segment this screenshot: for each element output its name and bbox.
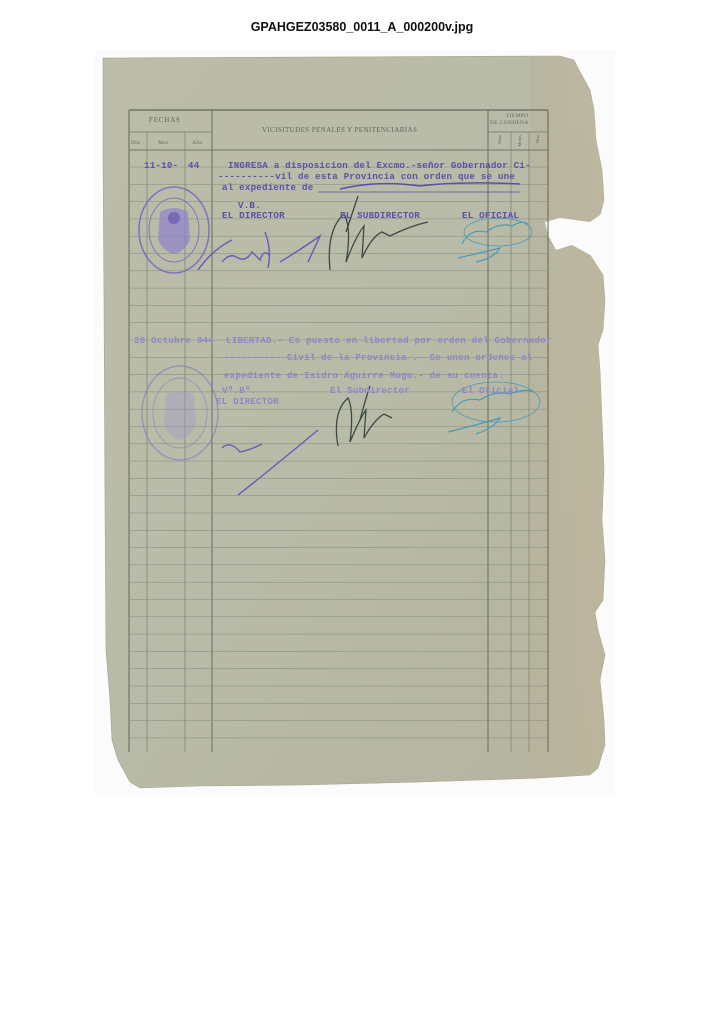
- entry-1-line-2: ----------vil de esta Provincia con orde…: [218, 171, 515, 182]
- entry-2-line-1: LIBERTAD.- Es puesto en libertad por ord…: [226, 335, 552, 346]
- entry-1-line-1: INGRESA a disposicion del Excmo.-señor G…: [228, 160, 531, 171]
- header-de-condena: DE CONDENA: [490, 120, 529, 126]
- header-vicisitudes: VICISITUDES PENALES Y PENITENCIARIAS: [262, 126, 417, 134]
- entry-2-line-2: ---------- Civil de la Provincia .- Se u…: [224, 352, 533, 363]
- entry-1-date: 11-10-: [144, 160, 178, 171]
- entry-1-oficial-label: EL OFICIAL: [462, 210, 519, 221]
- entry-2-line-3: expediente de Isidro Aguirre Mugu.- de s…: [224, 370, 504, 381]
- header-tiempo: TIEMPO: [506, 113, 528, 119]
- header-ano: Año: [192, 140, 202, 146]
- entry-2-subdirector-label: El Subdirector: [330, 385, 410, 396]
- entry-1-line-3: al expediente de: [222, 182, 313, 193]
- header-mes: Mes: [158, 140, 168, 146]
- header-fechas: FECHAS: [149, 116, 181, 124]
- header-anos: Años: [497, 135, 502, 145]
- entry-2-vb: Vº.Bº.: [222, 385, 256, 396]
- entry-1-year: 44: [188, 160, 199, 171]
- entry-2-oficial-label: El Oficial: [462, 385, 519, 396]
- entry-2-date: 26 Octubre 944: [134, 335, 214, 346]
- header-meses: Meses: [517, 135, 522, 147]
- header-dia: Día: [131, 140, 140, 146]
- entry-1-subdirector-label: EL SUBDIRECTOR: [340, 210, 420, 221]
- document-scan: [0, 0, 724, 1024]
- entry-1-director-label: EL DIRECTOR: [222, 210, 285, 221]
- header-dias: Días: [535, 135, 540, 143]
- entry-2-director-label: EL DIRECTOR: [216, 396, 279, 407]
